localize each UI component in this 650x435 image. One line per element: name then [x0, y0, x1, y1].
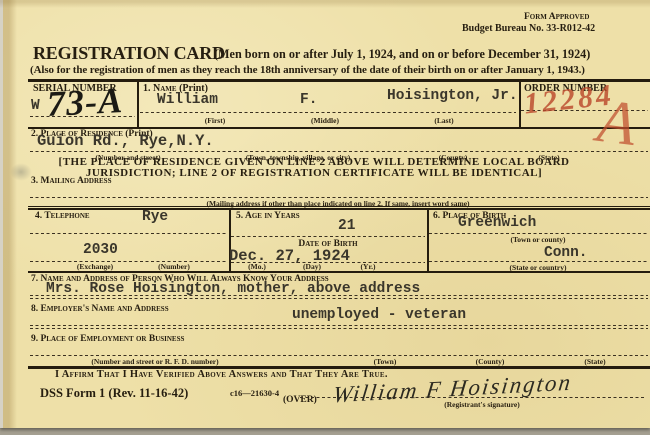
rule-row3-bottom — [28, 206, 650, 210]
employer-label: 8. Employer's Name and Address — [31, 305, 169, 315]
caption-rfd-number: (Number and street or R. F. D. number) — [91, 358, 218, 366]
last-name-value: Hoisington, Jr. — [387, 89, 518, 104]
serial-prefix: W — [31, 99, 40, 114]
birthplace-town-value: Greenwich — [458, 216, 536, 231]
registration-card: Form Approved Budget Bureau No. 33-R012-… — [0, 0, 650, 428]
telephone-fill-line-1 — [30, 233, 227, 234]
mailing-address-label: 3. Mailing Address — [31, 177, 111, 187]
contact-value: Mrs. Rose Hoisington, mother, above addr… — [46, 282, 420, 297]
birthplace-state-value: Conn. — [544, 246, 588, 261]
caption-county-2: (County) — [476, 358, 505, 366]
telephone-exchange-value: Rye — [142, 210, 168, 225]
form-id-text: DSS Form 1 — [40, 386, 105, 400]
affirmation-text: I Affirm That I Have Verified Above Answ… — [55, 370, 388, 381]
card-subtitle: (Also for the registration of men as the… — [30, 64, 585, 76]
date-of-birth-value: Dec. 27, 1924 — [229, 249, 350, 265]
local-board-notice: [THE PLACE OF RESIDENCE GIVEN ON LINE 2 … — [28, 157, 600, 178]
caption-number: (Number) — [158, 263, 190, 271]
caption-first: (First) — [205, 117, 225, 125]
print-code: c16—21630-4 — [230, 389, 279, 398]
notice-line2: JURISDICTION; LINE 2 OF REGISTRATION CER… — [28, 168, 600, 179]
caption-town-or-county: (Town or county) — [510, 236, 565, 244]
caption-town-2: (Town) — [374, 358, 397, 366]
caption-last: (Last) — [434, 117, 453, 125]
name-fill-line — [140, 112, 516, 113]
scan-edge-left — [0, 0, 18, 428]
caption-year: (Yr.) — [361, 263, 376, 271]
notice-line1: [THE PLACE OF RESIDENCE GIVEN ON LINE 2 … — [28, 157, 600, 168]
form-identifier: DSS Form 1 (Rev. 11-16-42) — [40, 387, 188, 400]
serial-number-value: 73-A — [46, 82, 124, 122]
budget-bureau-number: Budget Bureau No. 33-R012-42 — [462, 24, 644, 34]
order-letter-annotation: A — [594, 90, 639, 156]
telephone-label: 4. Telephone — [35, 212, 90, 222]
card-title: REGISTRATION CARD — [33, 43, 225, 64]
caption-state-2: (State) — [584, 358, 605, 366]
form-approved-text: Form Approved — [462, 13, 644, 23]
caption-registrant-signature: (Registrant's signature) — [444, 401, 519, 409]
employer-fill-line — [30, 325, 648, 330]
residence-value: Guion Rd., Rye,N.Y. — [37, 134, 214, 150]
telephone-number-value: 2030 — [83, 243, 118, 258]
rule-row6-bottom — [28, 271, 650, 273]
caption-exchange: (Exchange) — [77, 263, 113, 271]
form-approval-block: Form Approved Budget Bureau No. 33-R012-… — [462, 13, 644, 34]
scan-edge-top — [0, 0, 650, 8]
age-fill-line — [231, 236, 425, 237]
telephone-fill-line-2 — [30, 261, 227, 262]
caption-middle: (Middle) — [311, 117, 339, 125]
employer-value: unemployed - veteran — [292, 308, 466, 323]
middle-name-value: F. — [300, 93, 317, 108]
card-title-qualifier: (Men born on or after July 1, 1924, and … — [214, 47, 590, 62]
employment-label: 9. Place of Employment or Business — [31, 335, 184, 345]
first-name-value: William — [157, 93, 218, 108]
age-label: 5. Age in Years — [236, 212, 300, 222]
form-revision-text: (Rev. 11-16-42) — [108, 386, 188, 400]
divider-serial-name — [137, 80, 139, 127]
age-value: 21 — [338, 219, 355, 234]
divider-name-order — [519, 80, 521, 127]
